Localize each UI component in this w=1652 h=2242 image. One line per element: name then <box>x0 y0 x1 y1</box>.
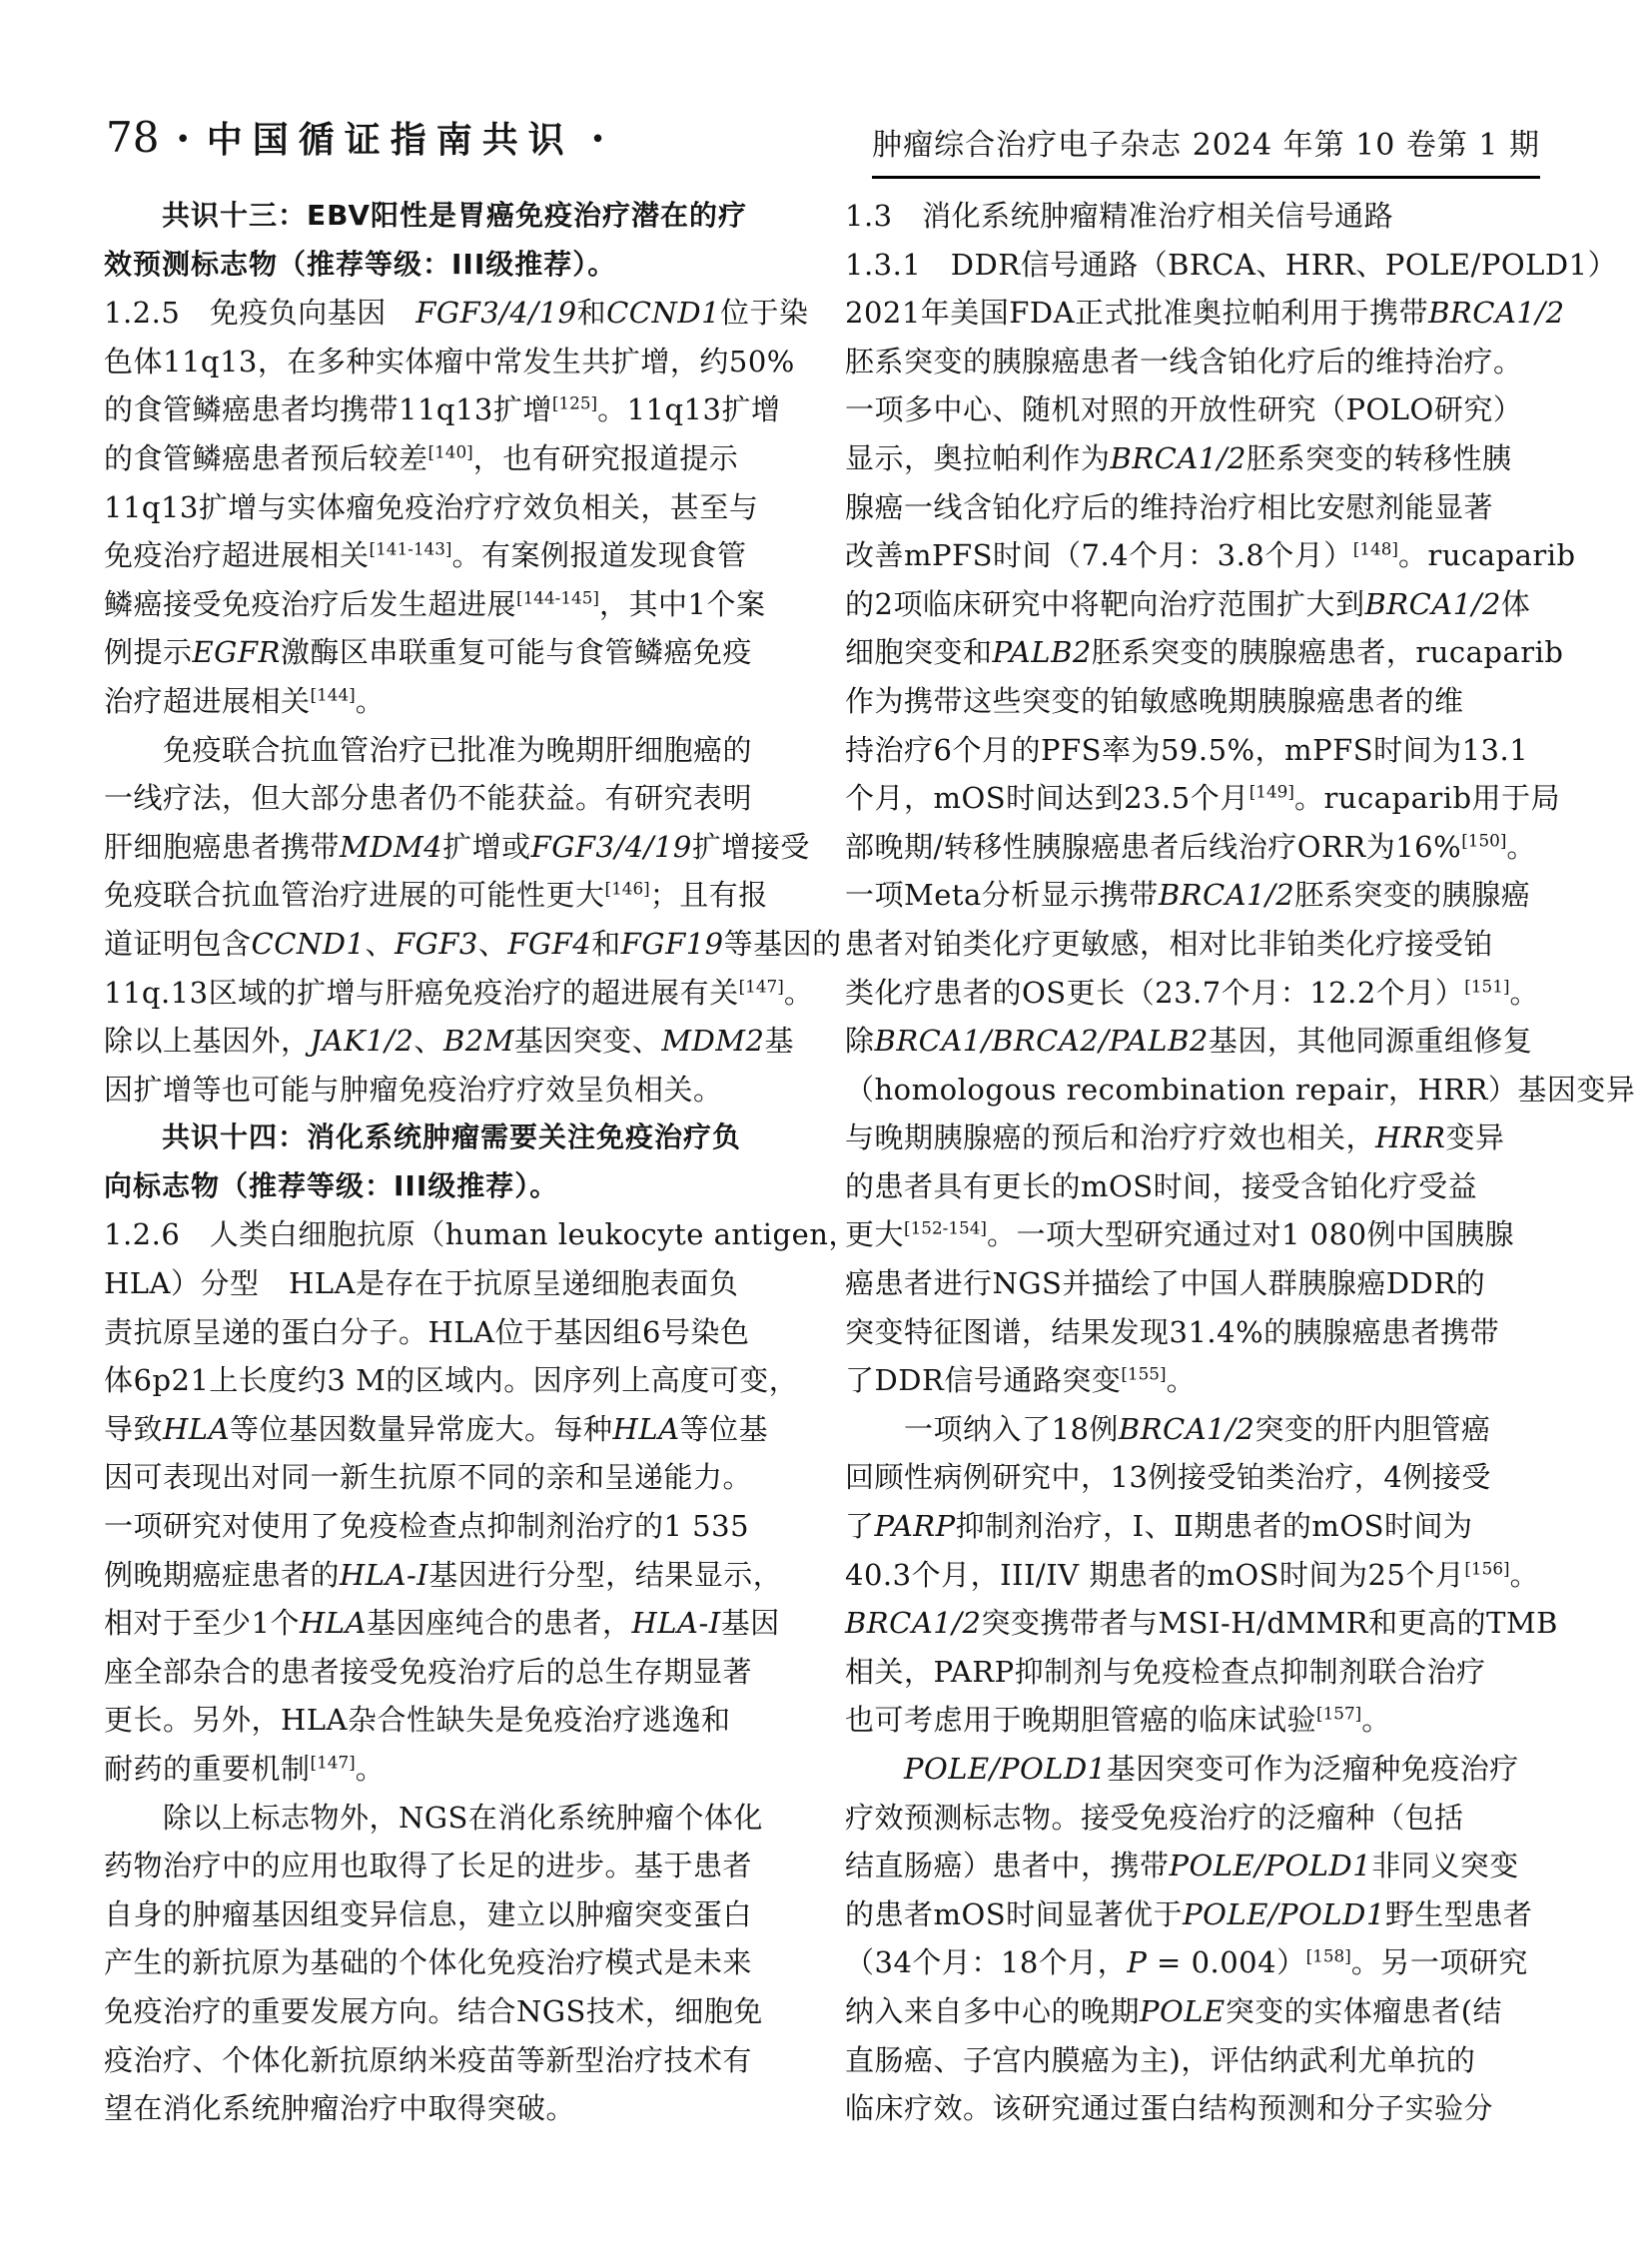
text-line: 例晚期癌症患者的HLA-I基因进行分型，结果显示， <box>104 1551 803 1600</box>
text-line: 除以上基因外，JAK1/2、B2M基因突变、MDM2基 <box>104 1017 803 1066</box>
text-line: 除BRCA1/BRCA2/PALB2基因，其他同源重组修复 <box>845 1017 1544 1066</box>
text-line: 与晚期胰腺癌的预后和治疗疗效也相关，HRR变异 <box>845 1114 1544 1162</box>
text-line: 改善mPFS时间（7.4个月：3.8个月）[148]。rucaparib <box>845 531 1544 580</box>
text-line: 道证明包含CCND1、FGF3、FGF4和FGF19等基因的 <box>104 920 803 969</box>
text-line: 显示，奥拉帕利作为BRCA1/2胚系突变的转移性胰 <box>845 434 1544 483</box>
text-line: 细胞突变和PALB2胚系突变的胰腺癌患者，rucaparib <box>845 628 1544 677</box>
text-line: 11q13扩增与实体瘤免疫治疗疗效负相关，甚至与 <box>104 483 803 532</box>
text-line: 2021年美国FDA正式批准奥拉帕利用于携带BRCA1/2 <box>845 289 1544 338</box>
text-line: 纳入来自多中心的晚期POLE突变的实体瘤患者(结 <box>845 1987 1544 2036</box>
text-line: 相对于至少1个HLA基因座纯合的患者，HLA-I基因 <box>104 1599 803 1648</box>
text-line: 药物治疗中的应用也取得了长足的进步。基于患者 <box>104 1842 803 1890</box>
text-line: 11q.13区域的扩增与肝癌免疫治疗的超进展有关[147]。 <box>104 969 803 1018</box>
section-banner: 中国循证指南共识 <box>207 112 574 163</box>
text-line: 也可考虑用于晚期胆管癌的临床试验[157]。 <box>845 1696 1544 1745</box>
text-line: 共识十三：EBV阳性是胃癌免疫治疗潜在的疗 <box>104 192 803 241</box>
left-column: 共识十三：EBV阳性是胃癌免疫治疗潜在的疗效预测标志物（推荐等级：III级推荐）… <box>104 192 803 2133</box>
journal-issue-line: 肿瘤综合治疗电子杂志 2024 年第 10 卷第 1 期 <box>872 120 1540 179</box>
text-line: 产生的新抗原为基础的个体化免疫治疗模式是未来 <box>104 1938 803 1987</box>
text-line: 望在消化系统肿瘤治疗中取得突破。 <box>104 2084 803 2133</box>
text-line: 一项研究对使用了免疫检查点抑制剂治疗的1 535 <box>104 1502 803 1551</box>
text-line: 因扩增等也可能与肿瘤免疫治疗疗效呈负相关。 <box>104 1066 803 1115</box>
text-line: 结直肠癌）患者中，携带POLE/POLD1非同义突变 <box>845 1842 1544 1890</box>
text-line: 相关，PARP抑制剂与免疫检查点抑制剂联合治疗 <box>845 1648 1544 1697</box>
text-line: 部晚期/转移性胰腺癌患者后线治疗ORR为16%[150]。 <box>845 823 1544 872</box>
text-line: 一项Meta分析显示携带BRCA1/2胚系突变的胰腺癌 <box>845 871 1544 920</box>
text-line: 40.3个月，III/IV 期患者的mOS时间为25个月[156]。 <box>845 1551 1544 1600</box>
text-line: 座全部杂合的患者接受免疫治疗后的总生存期显著 <box>104 1648 803 1697</box>
text-line: 癌患者进行NGS并描绘了中国人群胰腺癌DDR的 <box>845 1259 1544 1308</box>
text-line: 因可表现出对同一新生抗原不同的亲和呈递能力。 <box>104 1453 803 1502</box>
text-line: 治疗超进展相关[144]。 <box>104 677 803 726</box>
text-line: 一项纳入了18例BRCA1/2突变的肝内胆管癌 <box>845 1405 1544 1454</box>
text-line: 1.3 消化系统肿瘤精准治疗相关信号通路 <box>845 192 1544 241</box>
text-line: （homologous recombination repair，HRR）基因变… <box>845 1066 1544 1115</box>
text-line: 了DDR信号通路突变[155]。 <box>845 1356 1544 1405</box>
text-line: 1.2.5 免疫负向基因 FGF3/4/19和CCND1位于染 <box>104 289 803 338</box>
text-line: 的患者mOS时间显著优于POLE/POLD1野生型患者 <box>845 1890 1544 1939</box>
page-number: 78 <box>106 113 159 162</box>
text-line: 患者对铂类化疗更敏感，相对比非铂类化疗接受铂 <box>845 920 1544 969</box>
text-line: 的食管鳞癌患者均携带11q13扩增[125]。11q13扩增 <box>104 385 803 434</box>
text-line: 胚系突变的胰腺癌患者一线含铂化疗后的维持治疗。 <box>845 338 1544 386</box>
text-line: 自身的肿瘤基因组变异信息，建立以肿瘤突变蛋白 <box>104 1890 803 1939</box>
journal-page: 78 • 中国循证指南共识 • 肿瘤综合治疗电子杂志 2024 年第 10 卷第… <box>0 0 1652 2242</box>
text-line: HLA）分型 HLA是存在于抗原呈递细胞表面负 <box>104 1259 803 1308</box>
text-line: 腺癌一线含铂化疗后的维持治疗相比安慰剂能显著 <box>845 483 1544 532</box>
text-line: （34个月：18个月，P = 0.004）[158]。另一项研究 <box>845 1938 1544 1987</box>
text-line: 疗效预测标志物。接受免疫治疗的泛瘤种（包括 <box>845 1794 1544 1843</box>
text-line: 回顾性病例研究中，13例接受铂类治疗，4例接受 <box>845 1453 1544 1502</box>
text-line: 向标志物（推荐等级：III级推荐）。 <box>104 1162 803 1211</box>
text-line: POLE/POLD1基因突变可作为泛瘤种免疫治疗 <box>845 1745 1544 1794</box>
text-line: 持治疗6个月的PFS率为59.5%，mPFS时间为13.1 <box>845 726 1544 775</box>
text-line: 肝细胞癌患者携带MDM4扩增或FGF3/4/19扩增接受 <box>104 823 803 872</box>
text-line: 鳞癌接受免疫治疗后发生超进展[144-145]，其中1个案 <box>104 580 803 629</box>
text-line: 突变特征图谱，结果发现31.4%的胰腺癌患者携带 <box>845 1308 1544 1357</box>
text-line: 的患者具有更长的mOS时间，接受含铂化疗受益 <box>845 1162 1544 1211</box>
text-line: BRCA1/2突变携带者与MSI-H/dMMR和更高的TMB <box>845 1599 1544 1648</box>
text-line: 类化疗患者的OS更长（23.7个月：12.2个月）[151]。 <box>845 969 1544 1018</box>
right-column: 1.3 消化系统肿瘤精准治疗相关信号通路1.3.1 DDR信号通路（BRCA、H… <box>845 192 1544 2133</box>
text-line: 一项多中心、随机对照的开放性研究（POLO研究） <box>845 385 1544 434</box>
text-line: 直肠癌、子宫内膜癌为主)，评估纳武利尤单抗的 <box>845 2036 1544 2085</box>
text-line: 一线疗法，但大部分患者仍不能获益。有研究表明 <box>104 774 803 823</box>
text-line: 1.2.6 人类白细胞抗原（human leukocyte antigen， <box>104 1210 803 1259</box>
text-line: 的2项临床研究中将靶向治疗范围扩大到BRCA1/2体 <box>845 580 1544 629</box>
text-line: 更大[152-154]。一项大型研究通过对1 080例中国胰腺 <box>845 1210 1544 1259</box>
text-line: 责抗原呈递的蛋白分子。HLA位于基因组6号染色 <box>104 1308 803 1357</box>
text-line: 效预测标志物（推荐等级：III级推荐）。 <box>104 241 803 290</box>
text-line: 共识十四：消化系统肿瘤需要关注免疫治疗负 <box>104 1114 803 1162</box>
text-line: 1.3.1 DDR信号通路（BRCA、HRR、POLE/POLD1） <box>845 241 1544 290</box>
text-line: 作为携带这些突变的铂敏感晚期胰腺癌患者的维 <box>845 677 1544 726</box>
text-line: 色体11q13，在多种实体瘤中常发生共扩增，约50% <box>104 338 803 386</box>
header-left: 78 • 中国循证指南共识 • <box>106 112 605 163</box>
text-line: 的食管鳞癌患者预后较差[140]，也有研究报道提示 <box>104 434 803 483</box>
bullet-icon: • <box>175 125 190 155</box>
text-line: 耐药的重要机制[147]。 <box>104 1745 803 1794</box>
text-line: 免疫治疗超进展相关[141-143]。有案例报道发现食管 <box>104 531 803 580</box>
text-line: 了PARP抑制剂治疗，Ⅰ、Ⅱ期患者的mOS时间为 <box>845 1502 1544 1551</box>
text-line: 疫治疗、个体化新抗原纳米疫苗等新型治疗技术有 <box>104 2036 803 2085</box>
text-line: 个月，mOS时间达到23.5个月[149]。rucaparib用于局 <box>845 774 1544 823</box>
bullet-icon: • <box>590 125 605 155</box>
text-line: 免疫联合抗血管治疗已批准为晚期肝细胞癌的 <box>104 726 803 775</box>
text-line: 导致HLA等位基因数量异常庞大。每种HLA等位基 <box>104 1405 803 1454</box>
text-line: 免疫治疗的重要发展方向。结合NGS技术，细胞免 <box>104 1987 803 2036</box>
text-line: 免疫联合抗血管治疗进展的可能性更大[146]；且有报 <box>104 871 803 920</box>
text-line: 更长。另外，HLA杂合性缺失是免疫治疗逃逸和 <box>104 1696 803 1745</box>
text-line: 例提示EGFR激酶区串联重复可能与食管鳞癌免疫 <box>104 628 803 677</box>
text-line: 临床疗效。该研究通过蛋白结构预测和分子实验分 <box>845 2084 1544 2133</box>
text-line: 体6p21上长度约3 M的区域内。因序列上高度可变， <box>104 1356 803 1405</box>
text-line: 除以上标志物外，NGS在消化系统肿瘤个体化 <box>104 1794 803 1843</box>
